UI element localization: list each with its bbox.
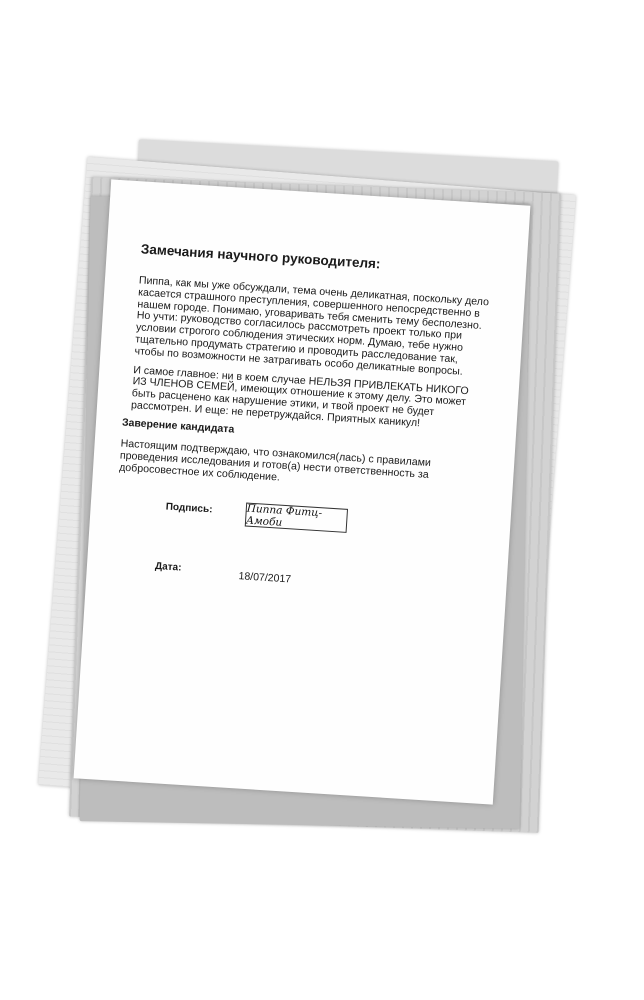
comment-paragraph: Пиппа, как мы уже обсуждали, тема очень … [134,275,490,380]
signature-label: Подпись: [165,501,212,515]
paper-stack: Замечания научного руководителя: Пиппа, … [0,0,644,1000]
supervisor-comment: Пиппа, как мы уже обсуждали, тема очень … [130,275,490,441]
date-label: Дата: [155,561,182,574]
signature-box: Пиппа Фитц-Амоби [245,503,348,533]
candidate-declaration-text: Настоящим подтверждаю, что ознакомился(л… [119,439,481,497]
supervisor-comments-heading: Замечания научного руководителя: [140,241,380,271]
supervisor-form-page: Замечания научного руководителя: Пиппа, … [74,179,531,804]
date-value: 18/07/2017 [238,570,291,585]
